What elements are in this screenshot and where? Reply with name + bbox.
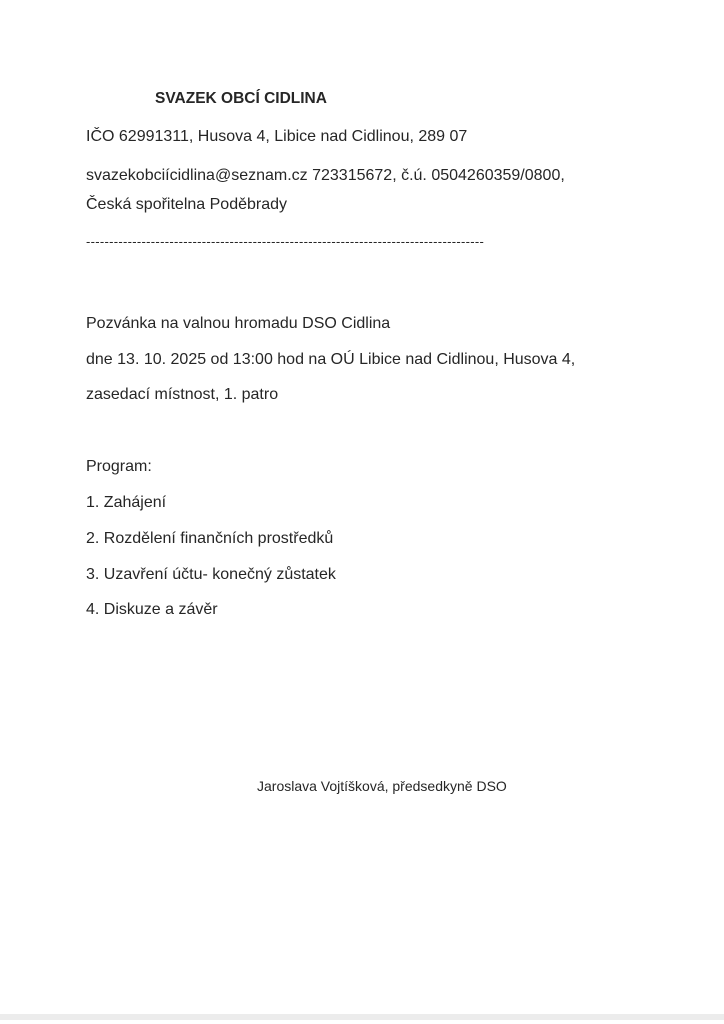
invitation-title: Pozvánka na valnou hromadu DSO Cidlina bbox=[86, 314, 390, 334]
program-item: 3. Uzavření účtu- konečný zůstatek bbox=[86, 565, 336, 585]
bank-line: Česká spořitelna Poděbrady bbox=[86, 195, 287, 215]
program-label: Program: bbox=[86, 457, 152, 477]
address-line: IČO 62991311, Husova 4, Libice nad Cidli… bbox=[86, 127, 467, 147]
contact-line: svazekobciícidlina@seznam.cz 723315672, … bbox=[86, 166, 565, 186]
program-item: 1. Zahájení bbox=[86, 493, 166, 513]
invitation-date: dne 13. 10. 2025 od 13:00 hod na OÚ Libi… bbox=[86, 350, 575, 370]
program-item: 4. Diskuze a závěr bbox=[86, 600, 218, 620]
separator-line: ----------------------------------------… bbox=[86, 232, 484, 252]
organization-name: SVAZEK OBCÍ CIDLINA bbox=[155, 89, 327, 109]
program-item: 2. Rozdělení finančních prostředků bbox=[86, 529, 333, 549]
signature: Jaroslava Vojtíšková, předsedkyně DSO bbox=[257, 776, 507, 796]
invitation-room: zasedací místnost, 1. patro bbox=[86, 385, 278, 405]
scan-edge bbox=[0, 1014, 724, 1020]
